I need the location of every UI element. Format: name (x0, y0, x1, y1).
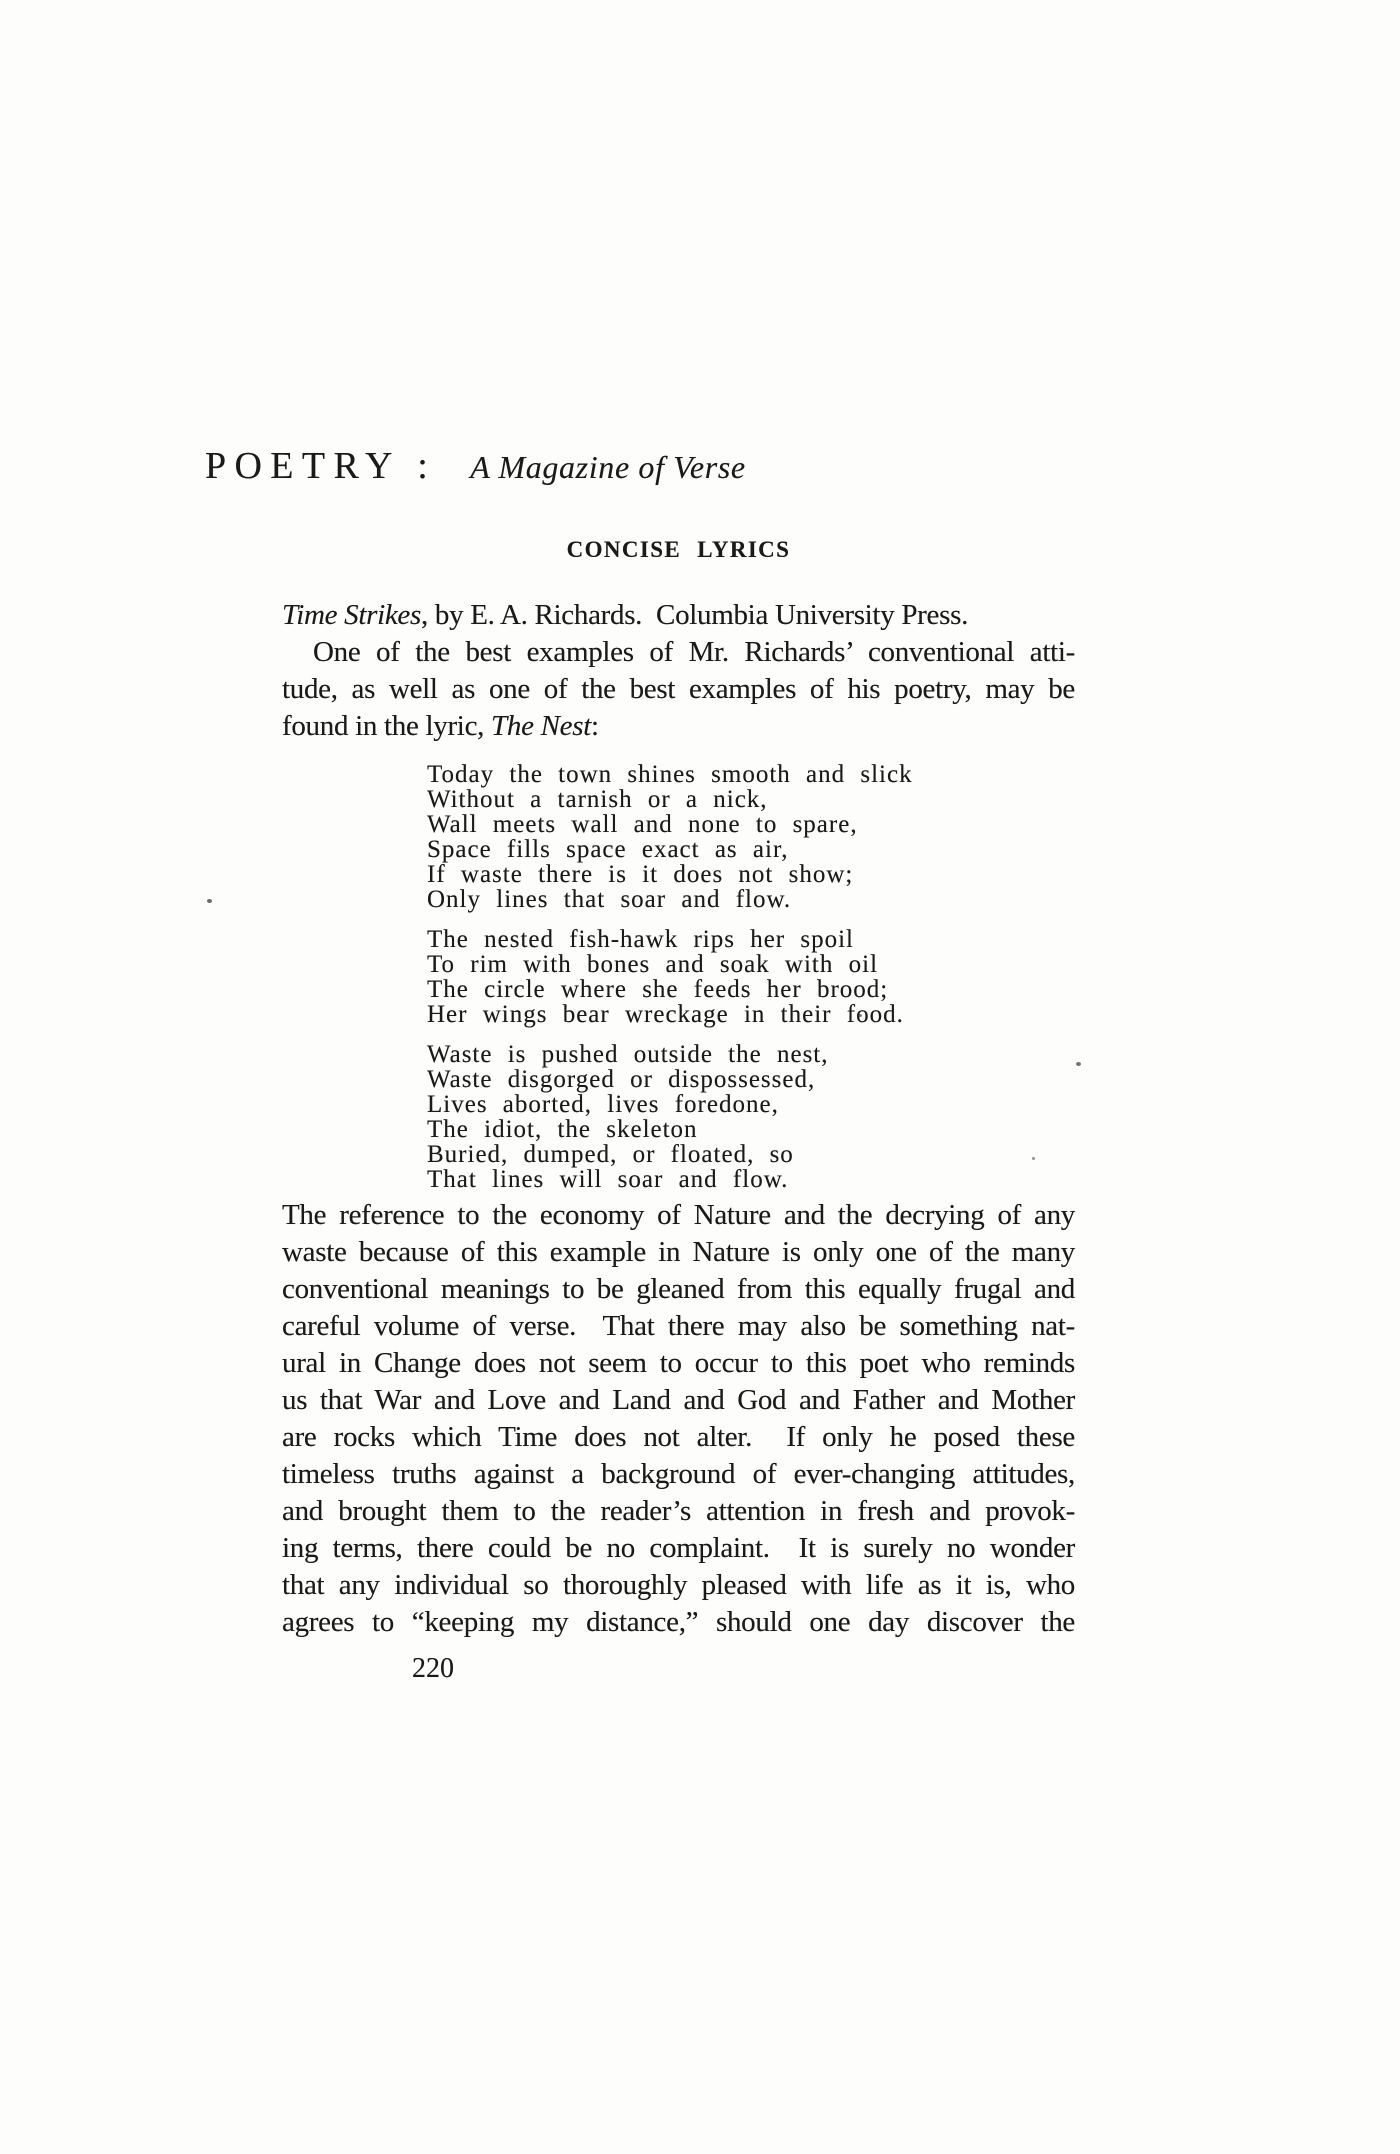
body-line: The reference to the economy of Nature a… (282, 1197, 1075, 1234)
body-line: ural in Change does not seem to occur to… (282, 1345, 1075, 1382)
poem-line: Without a tarnish or a nick, (427, 787, 913, 812)
ink-speck (858, 1014, 862, 1017)
text-run: tude, as well as one of the best example… (282, 673, 1075, 705)
poem-line: The idiot, the skeleton (427, 1117, 913, 1142)
ink-speck (1076, 1062, 1081, 1066)
book-page: POETRY :A Magazine of Verse CONCISE LYRI… (0, 0, 1400, 2154)
body-line: are rocks which Time does not alter. If … (282, 1419, 1075, 1456)
poem-line: Waste disgorged or dispossessed, (427, 1067, 913, 1092)
poem-line: If waste there is it does not show; (427, 862, 913, 887)
text-run: : (591, 710, 599, 742)
body-line: waste because of this example in Nature … (282, 1234, 1075, 1271)
citation-line: Time Strikes, by E. A. Richards. Columbi… (282, 597, 1075, 634)
poem-stanza: Waste is pushed outside the nest,Waste d… (427, 1042, 913, 1192)
text-run: found in the lyric, (282, 710, 491, 742)
poem-stanza: Today the town shines smooth and slickWi… (427, 762, 913, 912)
poem-line: Space fills space exact as air, (427, 837, 913, 862)
page-number: 220 (412, 1653, 454, 1685)
body-line: agrees to “keeping my distance,” should … (282, 1604, 1075, 1641)
poem-line: Only lines that soar and flow. (427, 887, 913, 912)
body-line: us that War and Love and Land and God an… (282, 1382, 1075, 1419)
poem-line: That lines will soar and flow. (427, 1167, 913, 1192)
body-line: One of the best examples of Mr. Richards… (282, 634, 1075, 671)
paragraph-2: The reference to the economy of Nature a… (282, 1197, 1075, 1641)
body-line: found in the lyric, The Nest: (282, 708, 1075, 745)
ink-speck (207, 899, 212, 903)
poem-line: Waste is pushed outside the nest, (427, 1042, 913, 1067)
italic-text: Time Strikes (282, 599, 421, 631)
citation-and-paragraph-1: Time Strikes, by E. A. Richards. Columbi… (282, 597, 1075, 745)
body-line: that any individual so thoroughly please… (282, 1567, 1075, 1604)
text-run: One of the best examples of Mr. Richards… (313, 636, 1075, 668)
body-line: careful volume of verse. That there may … (282, 1308, 1075, 1345)
poem-line: The circle where she feeds her brood; (427, 977, 913, 1002)
masthead-title: POETRY : (205, 445, 436, 487)
poem-line: Lives aborted, lives foredone, (427, 1092, 913, 1117)
text-run: , by E. A. Richards. Columbia University… (421, 599, 968, 631)
poem-line: Her wings bear wreckage in their food. (427, 1002, 913, 1027)
running-header: POETRY :A Magazine of Verse (205, 444, 746, 488)
poem-line: Buried, dumped, or floated, so (427, 1142, 913, 1167)
poem-line: To rim with bones and soak with oil (427, 952, 913, 977)
poem-stanza: The nested fish-hawk rips her spoilTo ri… (427, 927, 913, 1027)
poem-line: Wall meets wall and none to spare, (427, 812, 913, 837)
body-line: and brought them to the reader’s attenti… (282, 1493, 1075, 1530)
body-line: conventional meanings to be gleaned from… (282, 1271, 1075, 1308)
masthead-subtitle: A Magazine of Verse (470, 449, 746, 485)
body-line: tude, as well as one of the best example… (282, 671, 1075, 708)
poem-line: The nested fish-hawk rips her spoil (427, 927, 913, 952)
poem-the-nest: Today the town shines smooth and slickWi… (427, 762, 913, 1192)
poem-line: Today the town shines smooth and slick (427, 762, 913, 787)
body-line: ing terms, there could be no complaint. … (282, 1530, 1075, 1567)
body-line: timeless truths against a background of … (282, 1456, 1075, 1493)
italic-text: The Nest (491, 710, 591, 742)
ink-speck (1032, 1157, 1035, 1160)
section-heading: CONCISE LYRICS (282, 537, 1075, 563)
